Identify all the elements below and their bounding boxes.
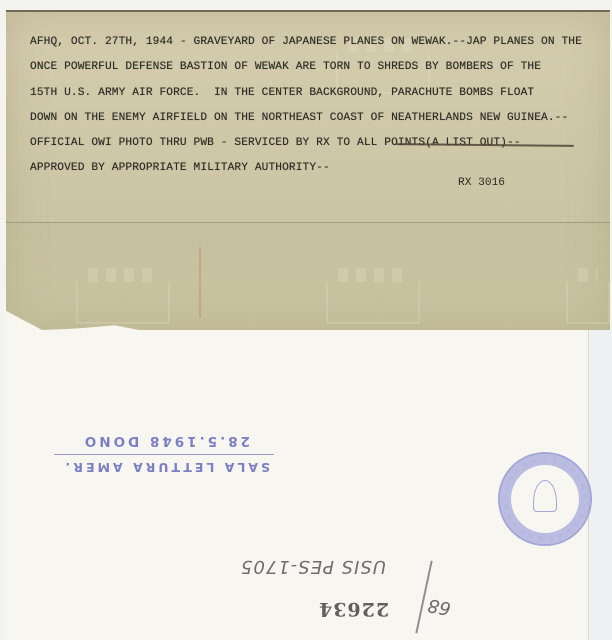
fold-line <box>6 222 610 223</box>
archive-stamp: SALA LETTURA AMER. 28.5.1948 DONO <box>40 425 280 477</box>
caption-line: AFHQ, OCT. 27th, 1944 - GRAVEYARD OF JAP… <box>30 30 600 55</box>
pencil-number: 68 <box>426 594 452 619</box>
caption-line: 15TH U.S. ARMY AIR FORCE. IN THE CENTER … <box>30 81 600 106</box>
stamp-library-name: SALA LETTURA AMER. <box>62 460 270 475</box>
caption-text: AFHQ, OCT. 27th, 1944 - GRAVEYARD OF JAP… <box>30 30 600 182</box>
castle-watermark-icon <box>566 282 610 324</box>
pencil-note: USIS PES-1705 <box>240 556 386 577</box>
castle-watermark-icon <box>326 282 420 324</box>
reference-code: RX 3016 <box>458 177 505 189</box>
rust-stain <box>199 247 201 317</box>
castle-watermark-icon <box>76 282 170 324</box>
caption-line: DOWN ON THE ENEMY AIRFIELD ON THE NORTHE… <box>30 106 600 131</box>
inventory-number: 22634 <box>318 598 389 620</box>
backing-edge <box>590 330 612 640</box>
caption-line: ONCE POWERFUL DEFENSE BASTION OF WEWAK A… <box>30 55 600 80</box>
photo-reverse: AFHQ, OCT. 27th, 1944 - GRAVEYARD OF JAP… <box>0 0 612 640</box>
stamp-date: 28.5.1948 DONO <box>82 433 250 449</box>
caption-line: APPROVED BY APPROPRIATE MILITARY AUTHORI… <box>30 156 600 181</box>
round-seal-stamp <box>498 452 592 546</box>
stamp-rule <box>54 454 274 455</box>
